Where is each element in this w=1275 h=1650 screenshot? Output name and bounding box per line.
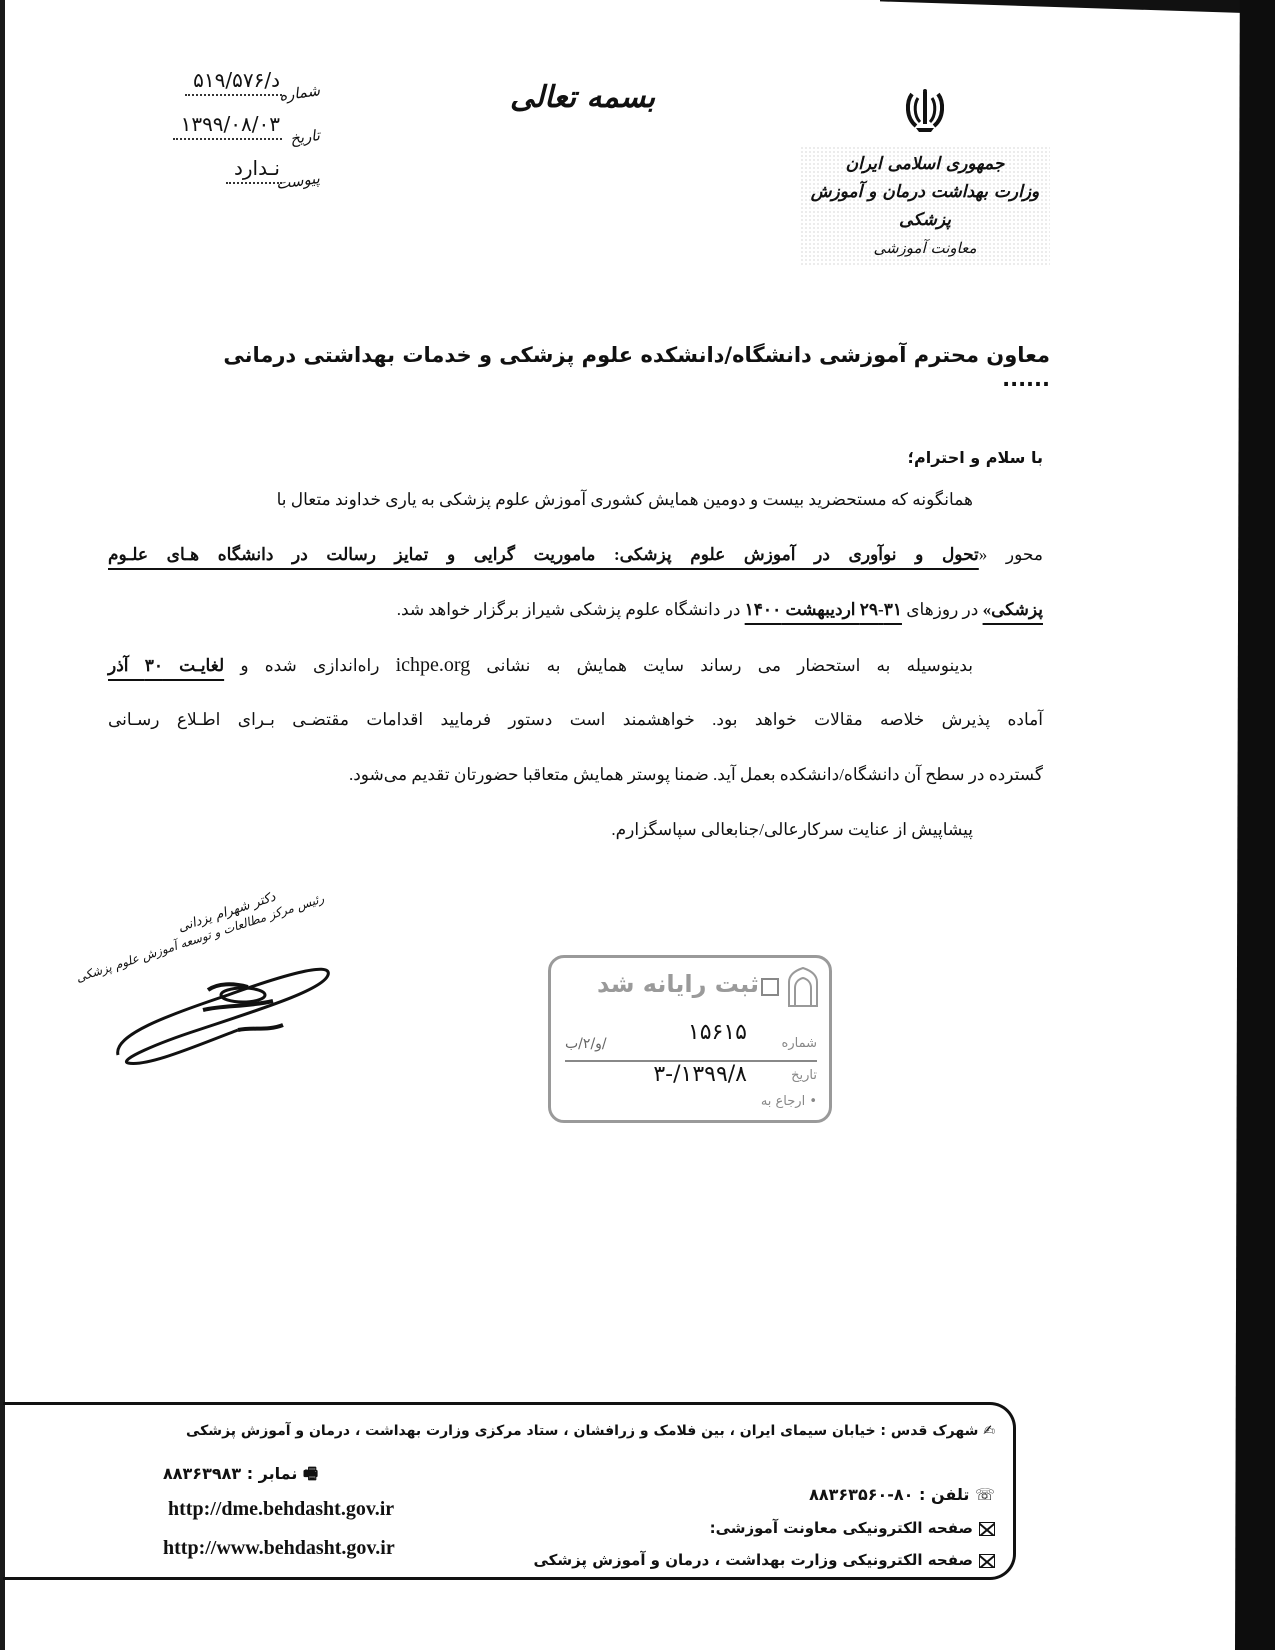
pen-icon: ✍ [983, 1423, 995, 1439]
conference-dates: ۳۱-۲۹ اردیبهشت ۱۴۰۰ [745, 600, 902, 619]
phone-icon: ☏ [975, 1485, 995, 1504]
letter-number: د/۵۱۹/۵۷۶ [185, 68, 282, 96]
deadline-date: لغایـت ۳۰ آذر [108, 656, 224, 675]
envelope-icon [979, 1522, 995, 1536]
letter-date: ۱۳۹۹/۰۸/۰۳ [173, 112, 282, 140]
stamp-date-label: تاریخ [791, 1068, 817, 1083]
letter-body: با سلام و احترام؛ همانگونه که مستحضرید ب… [108, 438, 1043, 865]
recipient-heading: معاون محترم آموزشی دانشگاه/دانشکده علوم … [220, 343, 1050, 391]
letter-attachment-label: پیوست [275, 169, 321, 193]
body-line-4: بدینوسیله به استحضار می رساند سایت همایش… [108, 645, 1043, 700]
fax-icon: 🖷 [303, 1464, 318, 1483]
body-line-5: آماده پذیرش خلاصه مقالات خواهد بود. خواه… [108, 700, 1043, 755]
ministry-logo-text: جمهوری اسلامی ایران وزارت بهداشت درمان و… [800, 146, 1050, 266]
fax-row: 🖷 نمابر : ۸۸۳۶۳۹۸۳ [163, 1463, 318, 1490]
logo-line-ministry: وزارت بهداشت درمان و آموزش پزشکی [800, 178, 1050, 234]
stamp-date-value: ۱۳۹۹/۸/-۳ [653, 1062, 747, 1087]
website-mid: راه‌اندازی شده و [224, 656, 396, 675]
body-line-1: همانگونه که مستحضرید بیست و دومین همایش … [108, 480, 1043, 535]
ministry-url-link[interactable]: http://www.behdasht.gov.ir [163, 1537, 395, 1560]
greeting: با سلام و احترام؛ [108, 438, 1043, 480]
scan-border-top [880, 0, 1275, 14]
phone-number: تلفن : ۸۰-۸۸۳۶۳۵۶۰ [809, 1485, 969, 1504]
theme-prefix: محور « [979, 545, 1043, 564]
stamp-number-row: شماره ۱۵۶۱۵ /و/۲/ب [565, 1020, 817, 1062]
ministry-page-label: صفحه الکترونیکی وزارت بهداشت ، درمان و آ… [533, 1551, 973, 1569]
letter-attachment: نـدارد [226, 156, 282, 184]
logo-line-deputy: معاونت آموزشی [800, 234, 1050, 262]
address-text: شهرک قدس : خیابان سیمای ایران ، بین فلام… [186, 1423, 978, 1439]
letter-meta: د/۵۱۹/۵۷۶ شماره ۱۳۹۹/۰۸/۰۳ تاریخ نـدارد … [130, 68, 320, 200]
stamp-number-value: ۱۵۶۱۵ [688, 1020, 747, 1045]
stamp-number-suffix: /و/۲/ب [565, 1036, 607, 1052]
venue-text: در دانشگاه علوم پزشکی شیراز برگزار خواهد… [397, 600, 745, 619]
registration-stamp: ثبت رایانه شد شماره ۱۵۶۱۵ /و/۲/ب تاریخ ۱… [548, 955, 832, 1123]
iran-emblem-icon [904, 88, 946, 134]
ministry-page-row: صفحه الکترونیکی وزارت بهداشت ، درمان و آ… [533, 1551, 995, 1569]
stamp-number-label: شماره [782, 1036, 817, 1051]
stamp-date-row: تاریخ ۱۳۹۹/۸/-۳ [565, 1062, 817, 1092]
dates-prefix: در روزهای [902, 600, 983, 619]
phone-row: ☏ تلفن : ۸۰-۸۸۳۶۳۵۶۰ [809, 1485, 995, 1504]
body-line-3: پزشکی» در روزهای ۳۱-۲۹ اردیبهشت ۱۴۰۰ در … [108, 590, 1043, 645]
conference-theme: تحول و نوآوری در آموزش علوم پزشکی: مامور… [108, 545, 979, 564]
edu-url-link[interactable]: http://dme.behdasht.gov.ir [168, 1498, 394, 1521]
body-line-6: گسترده در سطح آن دانشگاه/دانشکده بعمل آی… [108, 755, 1043, 810]
bismillah-heading: بسمه تعالی [510, 80, 655, 115]
edu-page-label: صفحه الکترونیکی معاونت آموزشی: [710, 1519, 973, 1537]
stamp-referral-label: • ارجاع به [761, 1094, 817, 1109]
conference-theme-end: پزشکی» [983, 600, 1043, 619]
website-prefix: بدینوسیله به استحضار می رساند سایت همایش… [470, 656, 973, 675]
checkbox-icon [761, 978, 779, 996]
edu-page-row: صفحه الکترونیکی معاونت آموزشی: [710, 1519, 995, 1537]
scan-border-right [1235, 0, 1275, 1650]
footer-address: ✍ شهرک قدس : خیابان سیمای ایران ، بین فل… [175, 1419, 995, 1443]
university-logo-icon [785, 966, 821, 1008]
letter-date-label: تاریخ [289, 126, 321, 148]
logo-line-republic: جمهوری اسلامی ایران [800, 150, 1050, 178]
letter-attachment-row: نـدارد پیوست [130, 156, 320, 200]
stamp-title: ثبت رایانه شد [597, 970, 759, 998]
ministry-logo: جمهوری اسلامی ایران وزارت بهداشت درمان و… [800, 88, 1050, 273]
handwritten-signature-icon [108, 935, 338, 1070]
letter-number-label: شماره [278, 81, 321, 105]
letter-number-row: د/۵۱۹/۵۷۶ شماره [130, 68, 320, 112]
signature-block: دکتر شهرام یزدانی رئیس مرکز مطالعات و تو… [108, 905, 338, 1070]
body-line-2: محور «تحول و نوآوری در آموزش علوم پزشکی:… [108, 535, 1043, 590]
fax-number: نمابر : ۸۸۳۶۳۹۸۳ [163, 1464, 297, 1483]
footer-contact-box: ✍ شهرک قدس : خیابان سیمای ایران ، بین فل… [3, 1402, 1016, 1580]
conference-website-link[interactable]: ichpe.org [396, 654, 471, 676]
body-line-7: پیشاپیش از عنایت سرکارعالی/جنابعالی سپاس… [108, 810, 1043, 865]
envelope-icon [979, 1554, 995, 1568]
letter-date-row: ۱۳۹۹/۰۸/۰۳ تاریخ [130, 112, 320, 156]
